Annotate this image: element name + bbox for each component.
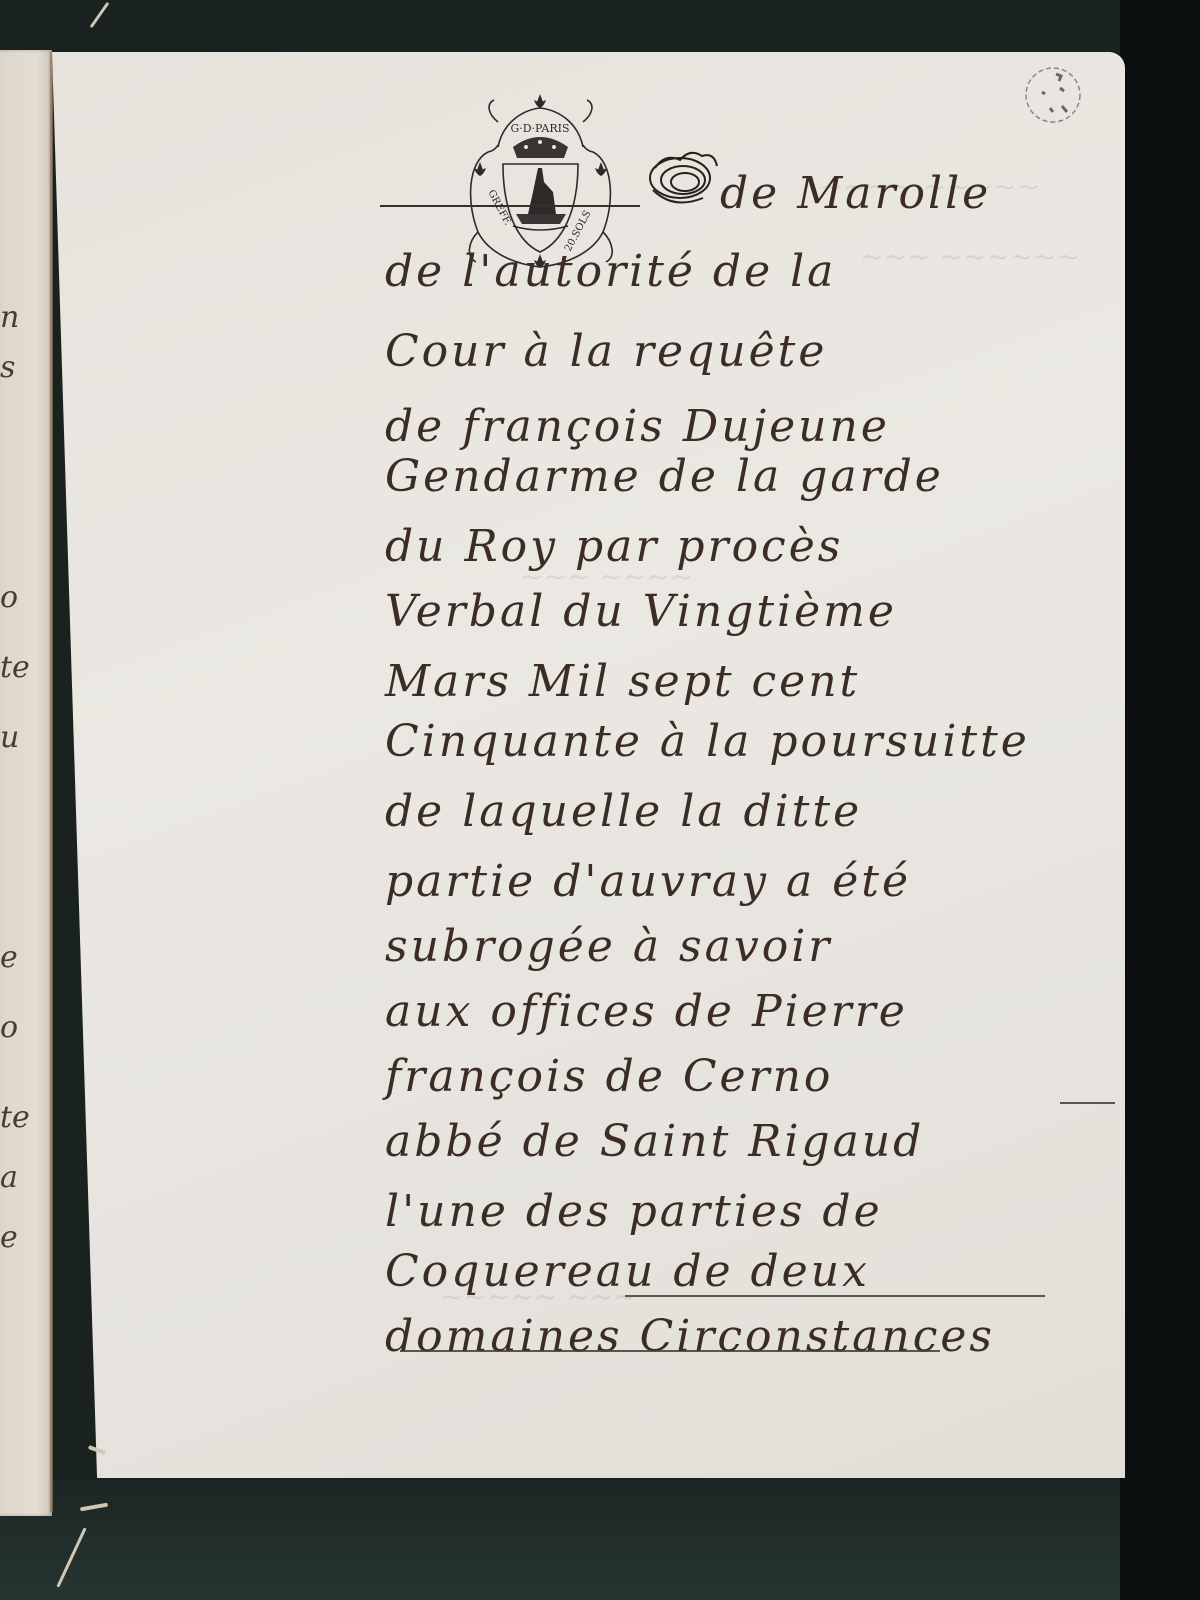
ornamental-flourish-icon: [645, 150, 725, 215]
round-ink-seal-icon: [1020, 62, 1086, 128]
ink-strike-line: [380, 205, 640, 207]
left-facing-page: n s o te u e o te a e: [0, 50, 52, 1516]
left-page-fragment: te: [0, 650, 30, 685]
manuscript-line: de Marolle: [720, 172, 1100, 216]
left-page-fragment: s: [0, 350, 15, 385]
manuscript-line: partie d'auvray a été: [385, 860, 1105, 904]
crown-icon: [513, 137, 568, 158]
manuscript-line: Cour à la requête: [385, 330, 1105, 374]
manuscript-line: aux offices de Pierre: [385, 990, 1105, 1034]
left-page-fragment: u: [0, 720, 19, 755]
left-page-fragment: e: [0, 940, 18, 975]
manuscript-line: abbé de Saint Rigaud: [385, 1120, 1105, 1164]
stamp-top-text: G·D·PARIS: [510, 122, 569, 135]
manuscript-line: Cinquante à la poursuitte: [385, 720, 1105, 764]
left-page-fragment: n: [0, 300, 19, 335]
left-page-fragment: o: [0, 580, 18, 615]
left-page-fragment: o: [0, 1010, 18, 1045]
manuscript-line: de laquelle la ditte: [385, 790, 1105, 834]
manuscript-line: Verbal du Vingtième: [385, 590, 1105, 634]
manuscript-line: Gendarme de la garde: [385, 455, 1105, 499]
table-surface-right: [1120, 0, 1200, 1600]
ink-guard-line: [1060, 1102, 1115, 1104]
left-page-fragment: a: [0, 1160, 18, 1195]
binding-string: [90, 2, 110, 28]
left-page-fragment: te: [0, 1100, 30, 1135]
ink-guard-line: [625, 1295, 1045, 1297]
manuscript-line: françois de Cerno: [385, 1055, 1105, 1099]
table-surface-bottom: [0, 1480, 1200, 1600]
manuscript-line: de l'autorité de la: [385, 250, 1105, 294]
left-page-fragment: e: [0, 1220, 18, 1255]
manuscript-line: l'une des parties de: [385, 1190, 1105, 1234]
manuscript-line: Coquereau de deux: [385, 1250, 1105, 1294]
manuscript-line: domaines Circonstances: [385, 1315, 1105, 1359]
ink-guard-line: [400, 1350, 940, 1352]
manuscript-line: Mars Mil sept cent: [385, 660, 1105, 704]
manuscript-line: de françois Dujeune: [385, 405, 1105, 449]
book-spine-fold: [50, 52, 53, 1512]
manuscript-line: subrogée à savoir: [385, 925, 1105, 969]
manuscript-line: du Roy par procès: [385, 525, 1105, 569]
ship-of-paris-icon: [513, 168, 568, 230]
